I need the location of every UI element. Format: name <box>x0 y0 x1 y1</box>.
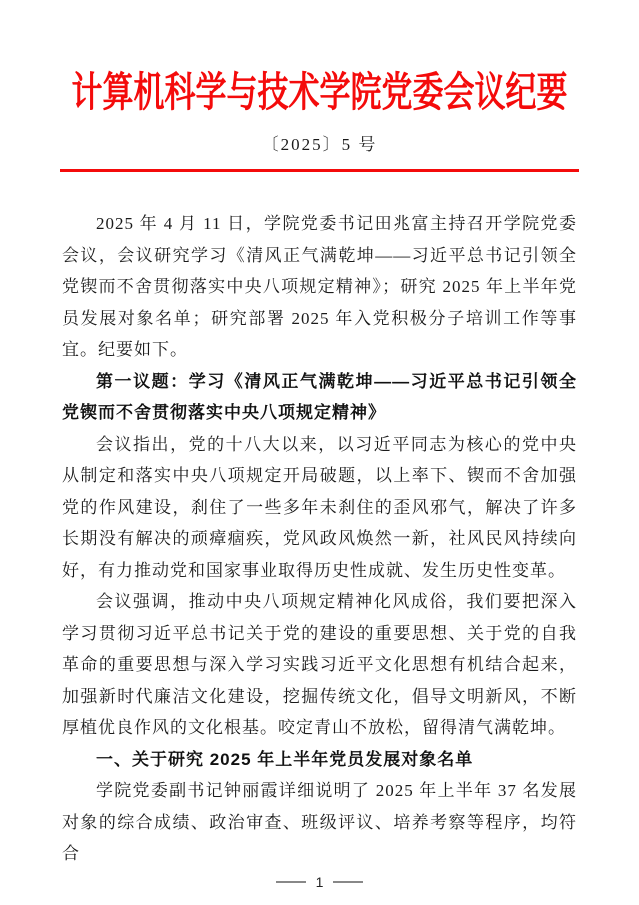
page-number: 1 <box>316 875 324 889</box>
page-number-left-dash <box>276 881 306 883</box>
page-footer: 1 <box>0 875 639 889</box>
intro-paragraph: 2025 年 4 月 11 日，学院党委书记田兆富主持召开学院党委会议，会议研究… <box>62 208 577 366</box>
paragraph-meeting-pointed-out: 会议指出，党的十八大以来，以习近平同志为核心的党中央从制定和落实中央八项规定开局… <box>62 429 577 587</box>
page-number-right-dash <box>333 881 363 883</box>
document-page: 计算机科学与技术学院党委会议纪要 〔2025〕5 号 2025 年 4 月 11… <box>0 0 639 905</box>
document-header: 计算机科学与技术学院党委会议纪要 〔2025〕5 号 <box>0 0 639 155</box>
section-heading-topic-1: 第一议题：学习《清风正气满乾坤——习近平总书记引领全党锲而不舍贯彻落实中央八项规… <box>62 366 577 429</box>
section-heading-item-1: 一、关于研究 2025 年上半年党员发展对象名单 <box>62 744 577 776</box>
red-divider-line <box>60 169 579 172</box>
paragraph-meeting-emphasized: 会议强调，推动中央八项规定精神化风成俗，我们要把深入学习贯彻习近平总书记关于党的… <box>62 586 577 744</box>
document-title: 计算机科学与技术学院党委会议纪要 <box>0 60 639 126</box>
paragraph-development-candidates: 学院党委副书记钟丽霞详细说明了 2025 年上半年 37 名发展对象的综合成绩、… <box>62 775 577 870</box>
document-body: 2025 年 4 月 11 日，学院党委书记田兆富主持召开学院党委会议，会议研究… <box>0 208 639 870</box>
document-number: 〔2025〕5 号 <box>0 130 639 155</box>
